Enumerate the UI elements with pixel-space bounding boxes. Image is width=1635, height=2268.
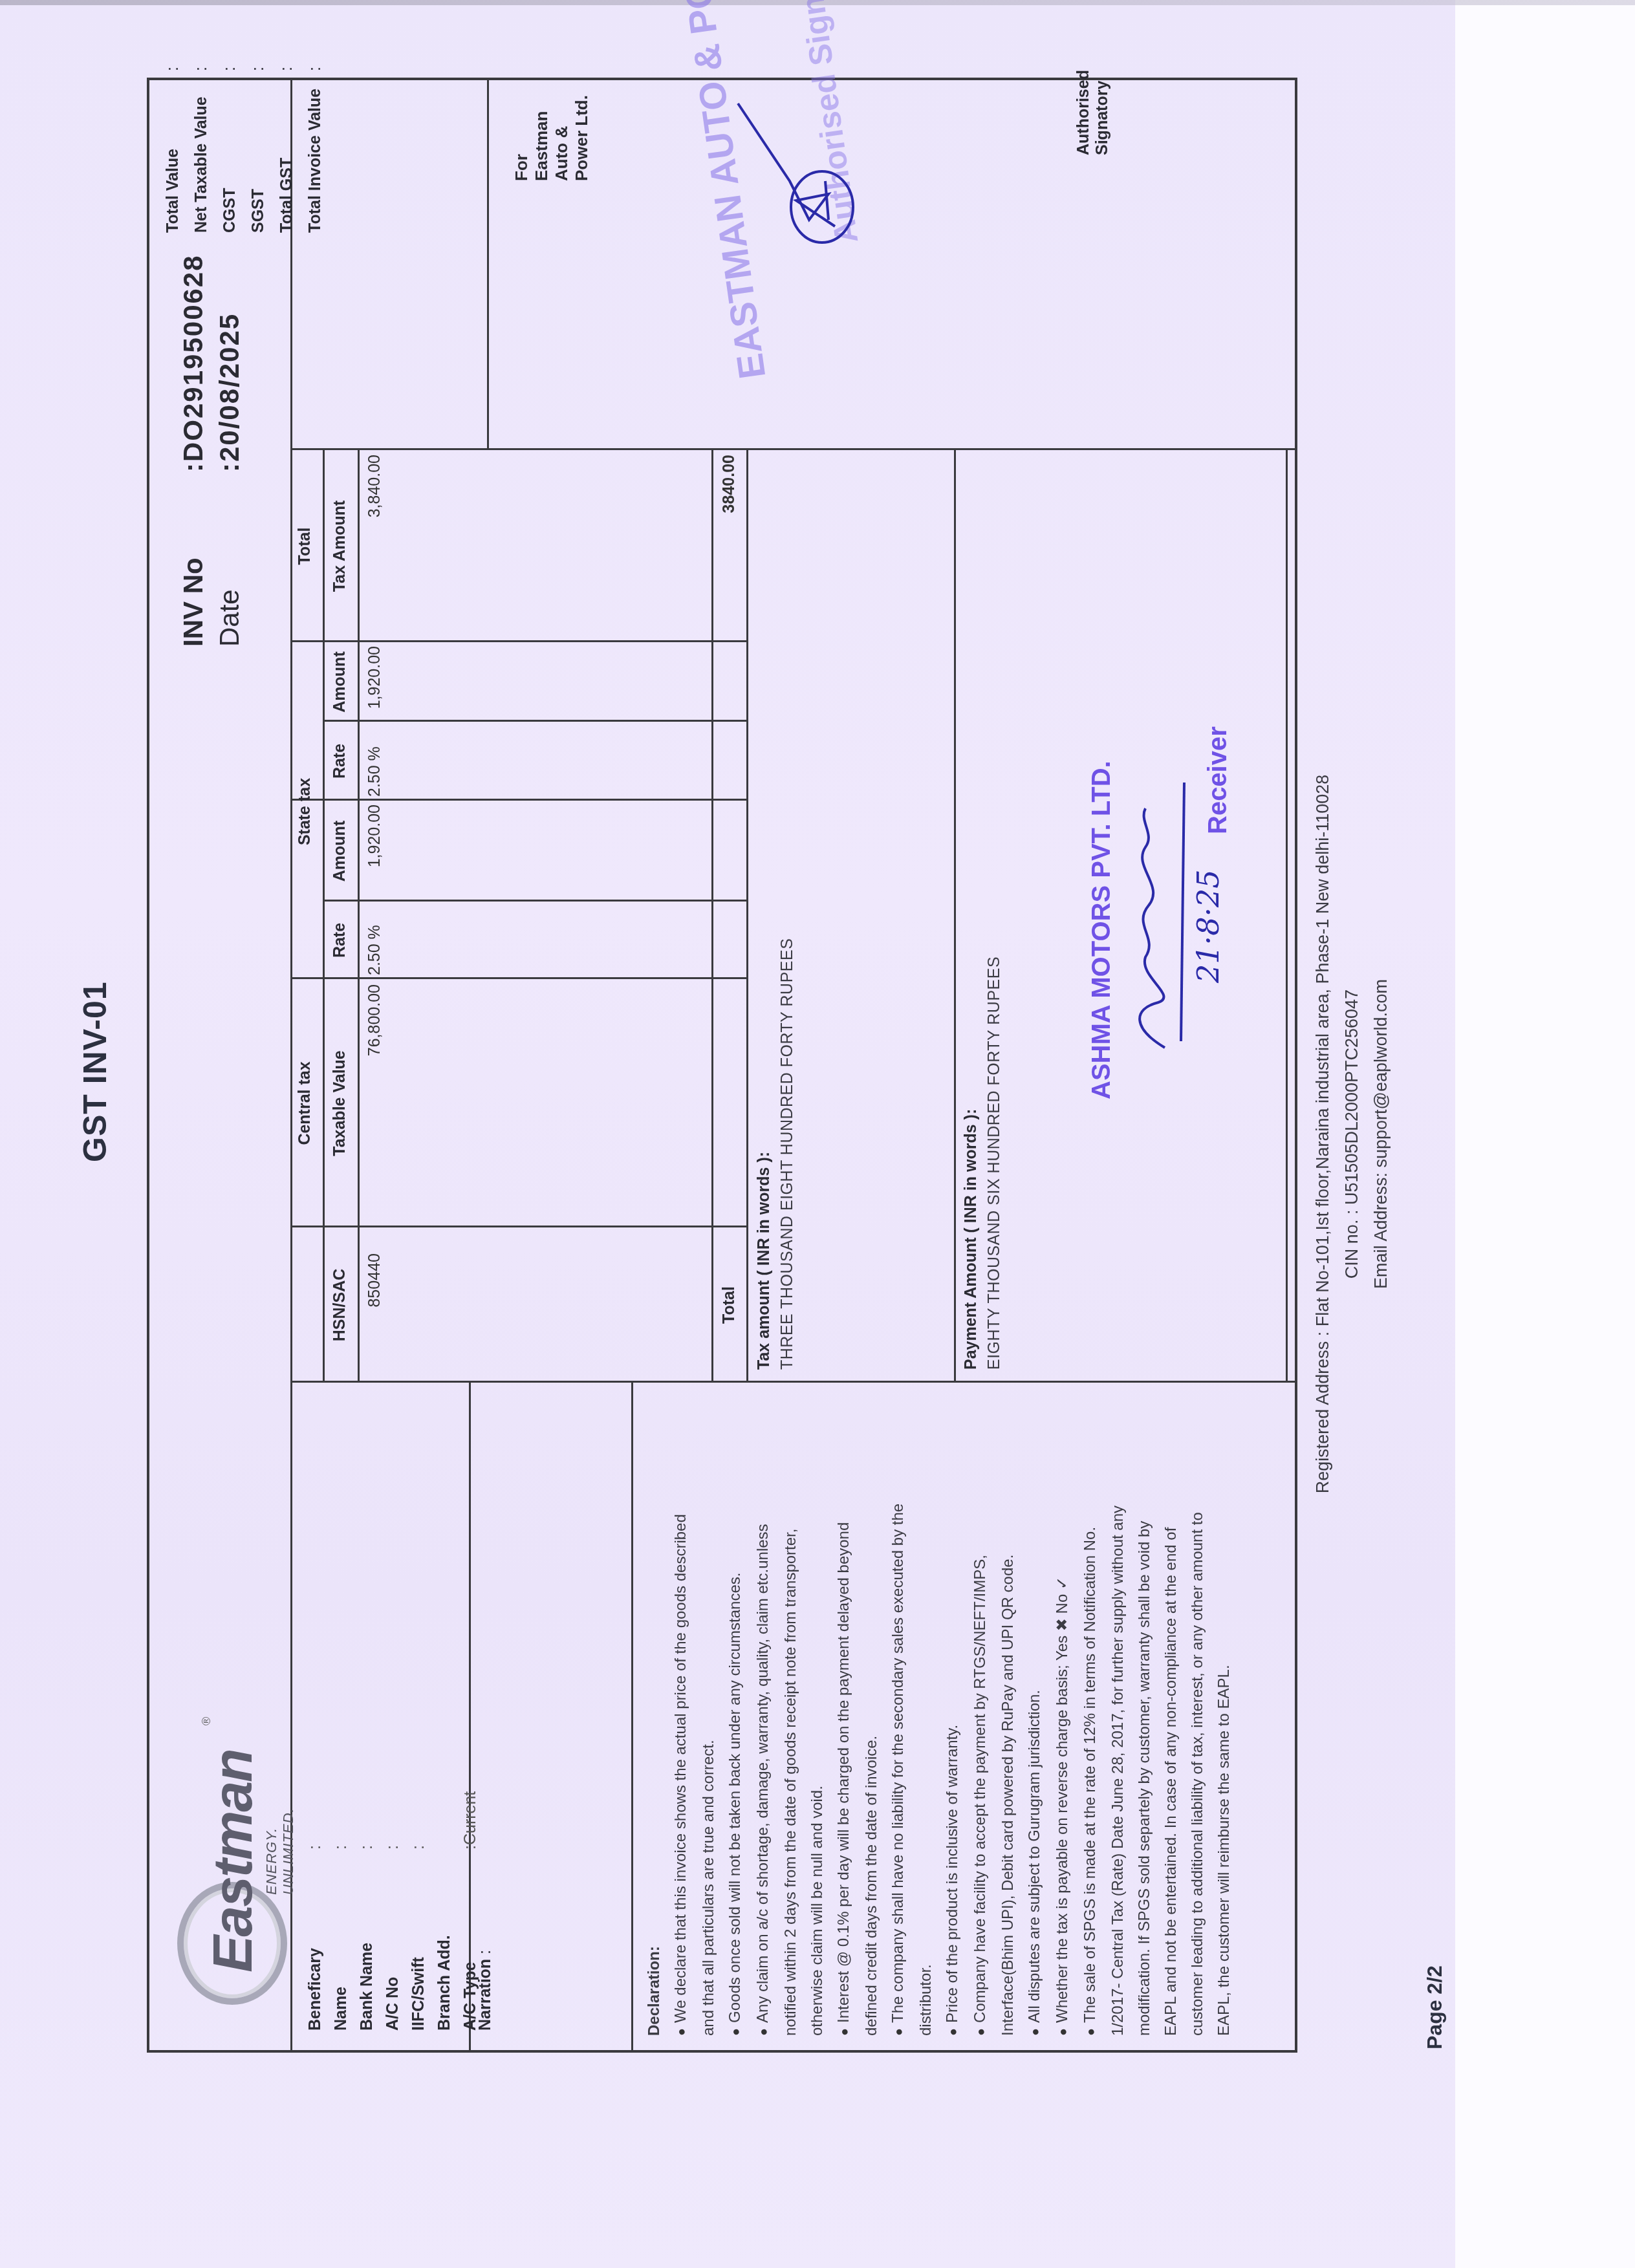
invoice-frame: Eastman ® ENERGY. UNLIMITED. INV No :DO2…	[147, 78, 1297, 2053]
summary-colon: :	[221, 52, 239, 71]
for-company: For Eastman Auto & Power Ltd.	[512, 80, 592, 181]
bank-row: IIFC/Swift:	[406, 1791, 431, 2031]
receiver-label: Receiver	[1204, 726, 1233, 834]
divider	[290, 1226, 746, 1227]
declaration-line: customer leading to additional liability…	[1184, 1389, 1211, 2036]
summary-label: Net Taxable Value	[192, 71, 211, 233]
payment-words-label: Payment Amount ( INR in words ):	[962, 1109, 980, 1370]
divider	[1286, 450, 1288, 1383]
summary-label: Total GST	[277, 71, 296, 233]
declaration-line: defined credit days from the date of inv…	[858, 1389, 885, 2036]
declaration-line: and that all particulars are true and co…	[695, 1389, 722, 2036]
logo-wordmark: Eastman	[201, 1750, 265, 1973]
total-row-label: Total	[720, 1227, 739, 1383]
bank-label: Beneficary	[306, 1850, 325, 2031]
bank-value: :	[409, 1845, 428, 1850]
summary-row: Total Value:76800.00	[158, 0, 187, 233]
summary-value: 80640.00	[306, 0, 325, 52]
bank-row: Beneficary:	[302, 1791, 328, 2031]
registered-mark: ®	[200, 1717, 213, 1725]
declaration-heading: Declaration:	[641, 1389, 667, 2036]
central-amount-cell: 1,920.00	[365, 805, 384, 902]
state-amount-header: Amount	[330, 642, 349, 722]
declaration: Declaration: We declare that this invoic…	[641, 1389, 1237, 2036]
invoice-summary: Total Value:76800.00Net Taxable Value:76…	[158, 0, 329, 233]
declaration-line: The sale of SPGS is made at the rate of …	[1077, 1389, 1105, 2036]
narration-value: :	[476, 1950, 494, 1954]
summary-row: CGST:1920.00	[215, 0, 244, 233]
summary-value: 1920.00	[221, 0, 239, 52]
date-value: :20/08/2025	[214, 313, 245, 472]
receiver-handwritten-date: 21·8·25	[1191, 869, 1226, 983]
bank-value: :Current	[461, 1791, 480, 1850]
summary-colon: :	[306, 52, 325, 71]
invoice-document: GST INV-01 Eastman ®	[0, 0, 1635, 2268]
bank-label: Bank Name	[358, 1850, 376, 2031]
divider	[487, 80, 489, 450]
payment-words-value: EIGHTY THOUSAND SIX HUNDRED FORTY RUPEES	[985, 956, 1004, 1370]
bank-value: :	[306, 1845, 325, 1850]
tax-amount-header: Tax Amount	[330, 450, 349, 642]
hsn-cell: 850440	[365, 1253, 384, 1383]
declaration-line: Price of the product is inclusive of war…	[939, 1389, 967, 2036]
central-tax-header: Central tax	[296, 979, 314, 1227]
signatory-signature-icon	[731, 97, 887, 265]
invoice-meta: INV No :DO2919500628 Date :20/08/2025	[175, 254, 248, 647]
summary-row: Total GST:3840.00	[272, 0, 301, 233]
inv-no-label: INV No	[178, 472, 209, 647]
date-label: Date	[214, 472, 245, 647]
summary-value: 76800.00	[164, 0, 182, 52]
bank-row: Bank Name:	[354, 1791, 380, 2031]
email-address: Email Address: support@eaplworld.com	[1371, 0, 1391, 2268]
declaration-line: notified within 2 days from the date of …	[777, 1389, 804, 2036]
divider	[290, 448, 1297, 450]
inv-no-value: :DO2919500628	[178, 254, 209, 472]
bank-label: Branch Add.	[435, 1850, 454, 2031]
declaration-line: Company have facility to accept the paym…	[967, 1389, 995, 2036]
declaration-line: Whether the tax is payable on reverse ch…	[1049, 1389, 1077, 2036]
total-tax-amount: 3840.00	[720, 455, 739, 642]
declaration-line: EAPL, the customer will reimburse the sa…	[1211, 1389, 1237, 2036]
summary-colon: :	[249, 52, 268, 71]
summary-value: 1920.00	[249, 0, 268, 52]
divider	[323, 720, 746, 722]
taxable-cell: 76,800.00	[365, 984, 384, 1227]
state-amount-cell: 1,920.00	[365, 646, 384, 722]
taxable-header: Taxable Value	[330, 979, 349, 1227]
narration-label: Narration	[476, 1959, 494, 2031]
bank-value: :	[384, 1845, 402, 1850]
summary-label: Total Value	[164, 71, 182, 233]
divider	[746, 450, 748, 1383]
summary-row: SGST:1920.00	[244, 0, 272, 233]
declaration-line: distributor.	[913, 1389, 939, 2036]
divider	[323, 900, 746, 902]
spacer	[323, 1227, 325, 1383]
hsn-header: HSN/SAC	[330, 1227, 349, 1383]
state-tax-header: State tax	[296, 722, 314, 902]
bank-details: Beneficary: Name: Bank Name: A/C No: IIF…	[302, 1791, 483, 2031]
receiver-signature-icon	[1120, 744, 1197, 1054]
narration: Narration :	[476, 1950, 495, 2031]
bank-value: :	[332, 1845, 351, 1850]
declaration-line: Goods once sold will not be taken back u…	[722, 1389, 750, 2036]
divider	[954, 450, 956, 1383]
declaration-line: EAPL and not be entertained. In case of …	[1158, 1389, 1184, 2036]
declaration-line: The company shall have no liability for …	[885, 1389, 913, 2036]
summary-row: Net Taxable Value:76800.00	[187, 0, 215, 233]
logo-tagline: ENERGY. UNLIMITED.	[263, 1746, 297, 1895]
declaration-line: Interest @ 0.1% per day will be charged …	[830, 1389, 858, 2036]
summary-colon: :	[164, 52, 182, 71]
divider	[631, 1383, 633, 2050]
declaration-line: We declare that this invoice shows the a…	[667, 1389, 695, 2036]
state-rate-header: Rate	[330, 722, 349, 801]
bank-value: :	[358, 1845, 376, 1850]
bank-row: Name:	[328, 1791, 354, 2031]
tax-words-label: Tax amount ( INR in words ):	[755, 1152, 774, 1370]
declaration-line: Interface(Bhim UPI), Debit card powered …	[995, 1389, 1021, 2036]
declaration-line: modification. If SPGS sold separtely by …	[1131, 1389, 1158, 2036]
central-rate-cell: 2.50 %	[365, 904, 384, 975]
divider	[290, 799, 746, 801]
divider	[290, 1381, 1297, 1383]
summary-colon: :	[277, 52, 296, 71]
receiver-company-stamp: ASHMA MOTORS PVT. LTD.	[1087, 761, 1116, 1099]
bank-row: Branch Add.	[431, 1791, 457, 2031]
summary-label: SGST	[249, 71, 268, 233]
summary-row: Total Invoice Value:80640.00	[301, 0, 329, 233]
total-header: Total	[296, 450, 314, 642]
summary-value: 76800.00	[192, 0, 211, 52]
tax-amount-cell: 3,840.00	[365, 455, 384, 642]
bank-label: Name	[332, 1850, 351, 2031]
document-title: GST INV-01	[76, 903, 114, 1162]
summary-label: CGST	[221, 71, 239, 233]
state-rate-cell: 2.50 %	[365, 724, 384, 797]
divider	[358, 450, 360, 1383]
bank-label: A/C No	[384, 1850, 402, 2031]
declaration-line: All disputes are subject to Gurugram jur…	[1021, 1389, 1049, 2036]
cin-number: CIN no. : U51505DL2000PTC256047	[1342, 0, 1362, 2268]
divider	[290, 640, 746, 642]
declaration-line: otherwise claim will be null and void.	[804, 1389, 830, 2036]
summary-value: 3840.00	[277, 0, 296, 52]
tax-words-value: THREE THOUSAND EIGHT HUNDRED FORTY RUPEE…	[778, 938, 797, 1370]
divider	[711, 450, 713, 1383]
bank-row: A/C No:	[380, 1791, 406, 2031]
declaration-line: 1/2017- Central Tax (Rate) Date June 28,…	[1105, 1389, 1131, 2036]
central-amount-header: Amount	[330, 801, 349, 902]
summary-label: Total Invoice Value	[306, 71, 325, 233]
summary-colon: :	[192, 52, 211, 71]
divider	[290, 977, 746, 979]
eastman-logo: Eastman ® ENERGY. UNLIMITED.	[161, 1746, 284, 2018]
bank-label: IIFC/Swift	[409, 1850, 428, 2031]
declaration-line: Any claim on a/c of shortage, damage, wa…	[750, 1389, 777, 2036]
registered-address: Registered Address : Flat No-101,Ist flo…	[1313, 0, 1333, 2268]
page-number: Page 2/2	[1423, 1965, 1447, 2049]
central-rate-header: Rate	[330, 902, 349, 979]
authorised-signatory: Authorised Signatory	[1074, 70, 1112, 155]
